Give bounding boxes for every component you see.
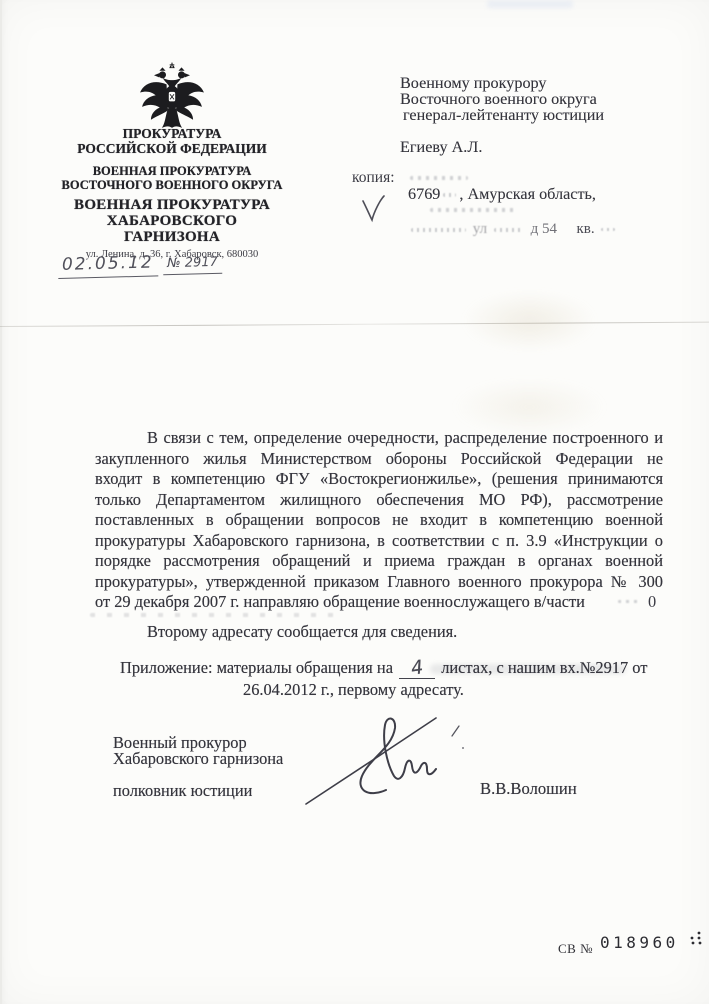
body-line: закупленного жилья Министерством обороны…: [95, 449, 663, 470]
handwritten-date: 02.05.12: [58, 252, 158, 279]
signer-rank: полковник юстиции: [113, 781, 252, 801]
addressee-line: генерал-лейтенанту юстиции: [400, 108, 680, 124]
signer-position-line2: Хабаровского гарнизона: [113, 749, 283, 769]
letterhead-line: ВОЕННАЯ ПРОКУРАТУРА: [57, 164, 287, 178]
paper-stain: [462, 290, 597, 352]
erased-text-line: [90, 613, 345, 617]
russia-coat-of-arms-icon: [138, 62, 206, 134]
copy-label: копия:: [352, 169, 395, 187]
letterhead-line: ВОЕННАЯ ПРОКУРАТУРА: [57, 197, 287, 213]
attachment-line1: Приложение: материалы обращения на 4 лис…: [120, 656, 680, 679]
paper-fold-crease: [0, 322, 709, 327]
attachment-text-before: Приложение: материалы обращения на: [120, 658, 393, 677]
note-line: Второму адресату сообщается для сведения…: [147, 622, 457, 642]
copy-apartment: кв.: [576, 221, 594, 237]
letterhead-line: ПРОКУРАТУРА: [57, 126, 287, 141]
copy-region: , Амурская область,: [459, 185, 596, 203]
letterhead-line: ВОСТОЧНОГО ВОЕННОГО ОКРУГА: [57, 178, 287, 192]
scan-edge-shadow: [0, 0, 2, 1004]
registration-dots-mark-icon: [689, 930, 703, 946]
body-line: прокуратуры», утвержденной приказом Глав…: [95, 572, 663, 593]
body-line: только Департаментом жилищного обеспечен…: [95, 490, 663, 511]
letterhead-line: РОССИЙСКОЙ ФЕДЕРАЦИИ: [57, 141, 287, 156]
redacted-unit-number: [618, 600, 642, 603]
redacted-text: [443, 193, 456, 197]
body-line: поставленных в обращении вопросов не вхо…: [95, 510, 663, 531]
body-paragraph: В связи с тем, определение очередности, …: [95, 428, 663, 613]
redacted-text: [494, 228, 524, 232]
body-line: от 29 декабря 2007 г. направляю обращени…: [95, 592, 663, 613]
signer-name: В.В.Волошин: [480, 779, 577, 799]
copy-house: д 54: [531, 221, 557, 237]
redacted-text: [601, 228, 615, 231]
copy-address-line3: ул д 54 кв.: [408, 221, 618, 238]
body-line: входит в компетенцию ФГУ «Востокрегионжи…: [95, 469, 663, 490]
handwritten-number: № 2917: [163, 255, 222, 276]
unit-number-visible-digit: 0: [648, 592, 656, 612]
copy-address-line1: 6769, Амурская область,: [408, 185, 596, 204]
addressee-block: Военному прокурору Восточного военного о…: [400, 76, 680, 123]
scanned-letter-page: ПРОКУРАТУРА РОССИЙСКОЙ ФЕДЕРАЦИИ ВОЕННАЯ…: [0, 0, 709, 1004]
scan-smudge-top: [487, 0, 573, 8]
handwritten-sheets-count: 4: [410, 656, 425, 679]
handwritten-signature: [300, 708, 475, 813]
letterhead: ПРОКУРАТУРА РОССИЙСКОЙ ФЕДЕРАЦИИ ВОЕННАЯ…: [57, 126, 287, 260]
letterhead-line: ХАБАРОВСКОГО ГАРНИЗОНА: [57, 213, 287, 245]
copy-zip: 6769: [408, 185, 440, 203]
attachment-line2: 26.04.2012 г., первому адресату.: [243, 680, 464, 700]
redacted-text: [411, 228, 466, 232]
copy-street-fragment: ул: [473, 221, 487, 237]
handwritten-ref-line: 02.05.12 № 2917: [58, 249, 289, 279]
body-line: порядке рассмотрения обращений и приема …: [95, 551, 663, 572]
redacted-text: [430, 208, 516, 212]
body-line: прокуратуры Хабаровского гарнизона, в со…: [95, 531, 663, 552]
series-label: СВ №: [558, 941, 593, 957]
handwritten-checkmark-icon: [360, 193, 386, 223]
redacted-text: [410, 176, 468, 180]
sheets-count-underline: 4: [399, 656, 435, 679]
series-number: 018960: [600, 933, 679, 952]
attachment-text-after: листах, с нашим вх.№2917 от: [441, 658, 647, 677]
body-line: В связи с тем, определение очередности, …: [95, 428, 663, 449]
addressee-name: Егиеву А.Л.: [400, 138, 482, 157]
